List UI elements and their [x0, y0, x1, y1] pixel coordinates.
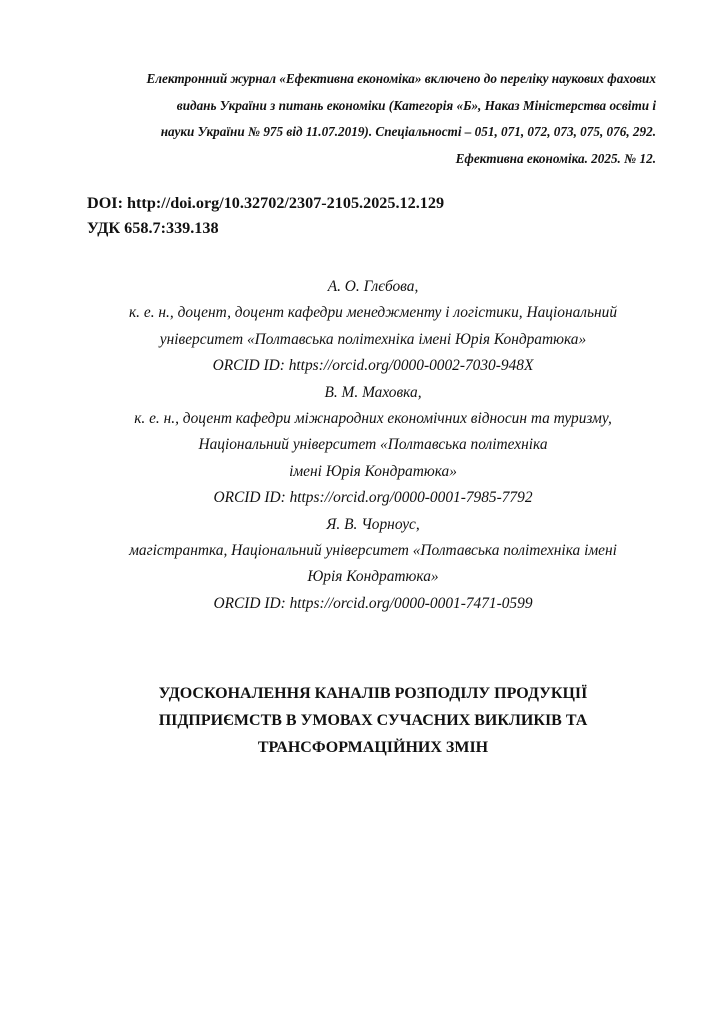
doi-link[interactable]: http://doi.org/10.32702/2307-2105.2025.1…	[127, 194, 444, 212]
journal-header-line: науки України № 975 від 11.07.2019). Спе…	[90, 119, 656, 146]
journal-header: Електронний журнал «Ефективна економіка»…	[90, 66, 656, 172]
journal-header-line: видань України з питань економіки (Катег…	[90, 93, 656, 120]
author-name: А. О. Глєбова,	[90, 274, 656, 300]
orcid-link[interactable]: https://orcid.org/0000-0001-7985-7792	[290, 489, 533, 506]
author-affiliation: університет «Полтавська політехніка імен…	[90, 327, 656, 353]
article-title-line: ПІДПРИЄМСТВ В УМОВАХ СУЧАСНИХ ВИКЛИКІВ Т…	[90, 707, 656, 734]
article-title: УДОСКОНАЛЕННЯ КАНАЛІВ РОЗПОДІЛУ ПРОДУКЦІ…	[90, 680, 656, 761]
journal-header-line: Електронний журнал «Ефективна економіка»…	[90, 66, 656, 93]
authors-block: А. О. Глєбова, к. е. н., доцент, доцент …	[90, 274, 656, 617]
author-affiliation: к. е. н., доцент кафедри міжнародних еко…	[90, 406, 656, 432]
orcid-link[interactable]: https://orcid.org/0000-0002-7030-948X	[289, 357, 534, 374]
article-title-line: ТРАНСФОРМАЦІЙНИХ ЗМІН	[90, 734, 656, 761]
author-affiliation: к. е. н., доцент, доцент кафедри менеджм…	[90, 300, 656, 326]
orcid-label: ORCID ID:	[213, 357, 289, 374]
author-affiliation: імені Юрія Кондратюка»	[90, 459, 656, 485]
udc-code: УДК 658.7:339.138	[87, 216, 444, 241]
doi-label: DOI:	[87, 194, 127, 212]
orcid-label: ORCID ID:	[213, 489, 289, 506]
author-name: В. М. Маховка,	[90, 380, 656, 406]
identifiers: DOI: http://doi.org/10.32702/2307-2105.2…	[87, 191, 444, 241]
author-name: Я. В. Чорноус,	[90, 512, 656, 538]
author-affiliation: магістрантка, Національний університет «…	[90, 538, 656, 564]
article-title-line: УДОСКОНАЛЕННЯ КАНАЛІВ РОЗПОДІЛУ ПРОДУКЦІ…	[90, 680, 656, 707]
journal-citation: Ефективна економіка. 2025. № 12.	[90, 146, 656, 173]
author-affiliation: Юрія Кондратюка»	[90, 564, 656, 590]
orcid-label: ORCID ID:	[213, 595, 289, 612]
author-orcid: ORCID ID: https://orcid.org/0000-0001-79…	[90, 485, 656, 511]
author-orcid: ORCID ID: https://orcid.org/0000-0002-70…	[90, 353, 656, 379]
author-orcid: ORCID ID: https://orcid.org/0000-0001-74…	[90, 591, 656, 617]
author-affiliation: Національний університет «Полтавська пол…	[90, 432, 656, 458]
doi-line: DOI: http://doi.org/10.32702/2307-2105.2…	[87, 191, 444, 216]
orcid-link[interactable]: https://orcid.org/0000-0001-7471-0599	[290, 595, 533, 612]
